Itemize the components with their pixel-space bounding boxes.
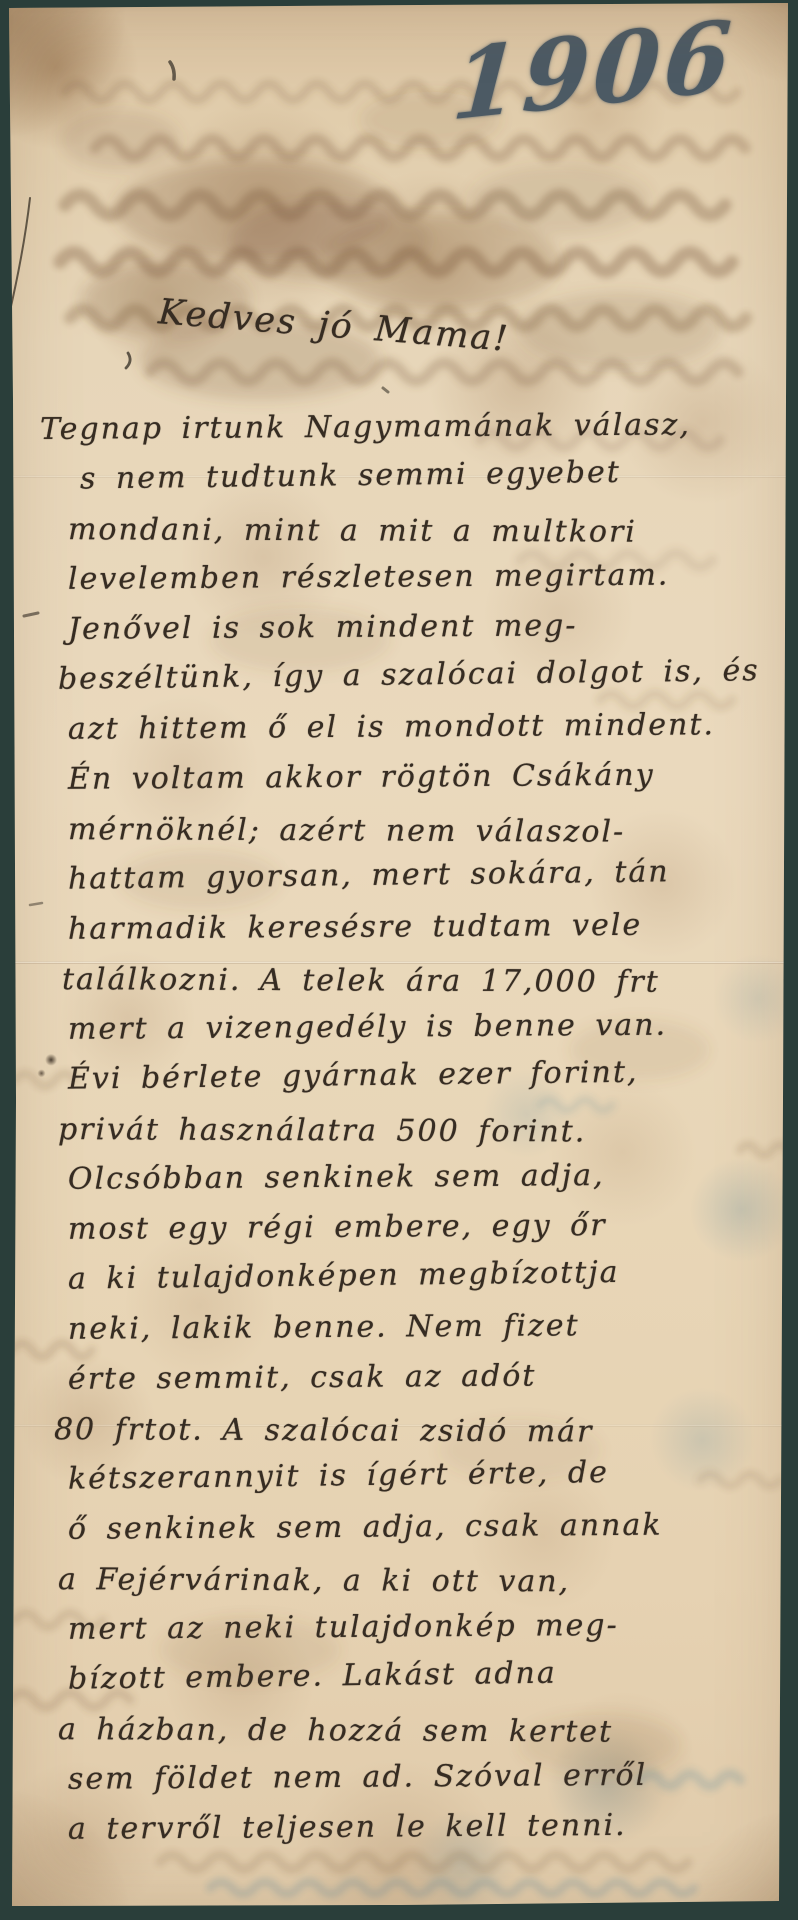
handwritten-line: hattam gyorsan, mert sokára, tán [38, 846, 779, 905]
letter-paper: 1906 Kedves jó Mama! Tegnap irtunk Nagym… [0, 0, 798, 1920]
handwritten-line: kétszerannyit is ígért érte, de [38, 1446, 779, 1505]
handwritten-line: a ki tulajdonképen megbízottja [38, 1246, 779, 1305]
handwritten-line: Olcsóbban senkinek sem adja, [38, 1150, 778, 1205]
handwritten-line: levelemben részletesen megirtam. [38, 550, 778, 605]
handwritten-line: azt hittem ő el is mondott mindent. [38, 700, 778, 755]
letter-body: Tegnap irtunk Nagymamának válasz,s nem t… [38, 405, 778, 1855]
handwritten-line: Én voltam akkor rögtön Csákány [38, 750, 778, 805]
handwritten-line: neki, lakik benne. Nem fizet [38, 1300, 778, 1355]
scan-background: 1906 Kedves jó Mama! Tegnap irtunk Nagym… [0, 0, 798, 1920]
handwritten-line: beszéltünk, így a szalócai dolgot is, és [38, 646, 779, 705]
handwritten-line: érte semmit, csak az adót [38, 1350, 778, 1405]
handwritten-line: ő senkinek sem adja, csak annak [38, 1500, 778, 1555]
year-annotation: 1906 [449, 0, 739, 143]
handwritten-line: bízott embere. Lakást adna [38, 1646, 779, 1705]
handwritten-line: Évi bérlete gyárnak ezer forint, [38, 1046, 779, 1105]
handwritten-line: a tervről teljesen le kell tenni. [38, 1800, 778, 1855]
handwritten-line: s nem tudtunk semmi egyebet [38, 446, 779, 505]
handwritten-line: sem földet nem ad. Szóval erről [38, 1750, 778, 1805]
salutation: Kedves jó Mama! [157, 292, 511, 359]
handwritten-line: harmadik keresésre tudtam vele [38, 900, 778, 955]
